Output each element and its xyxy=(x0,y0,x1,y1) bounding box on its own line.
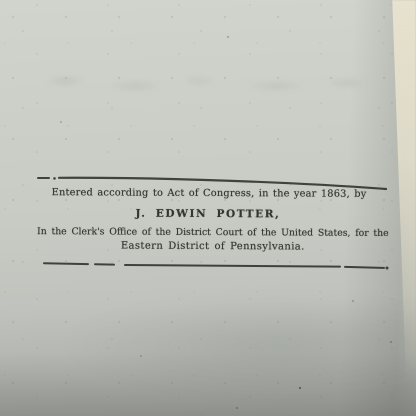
notice-line-district: Eastern District of Pennsylvania. xyxy=(121,241,305,253)
paper-speck xyxy=(236,407,238,409)
notice-line-clerks-office: In the Clerk's Office of the District Co… xyxy=(37,226,389,239)
paper-speck xyxy=(227,36,229,38)
paper-speck xyxy=(390,341,392,343)
copyright-notice: Entered according to Act of Congress, in… xyxy=(0,0,416,416)
notice-line-entered: Entered according to Act of Congress, in… xyxy=(52,187,367,200)
book-page-photo: Entered according to Act of Congress, in… xyxy=(0,0,416,416)
paper-speck xyxy=(140,355,142,357)
notice-line-author: J. EDWIN POTTER, xyxy=(136,208,281,221)
paper-speck xyxy=(352,300,354,302)
paper-speck xyxy=(60,121,62,123)
